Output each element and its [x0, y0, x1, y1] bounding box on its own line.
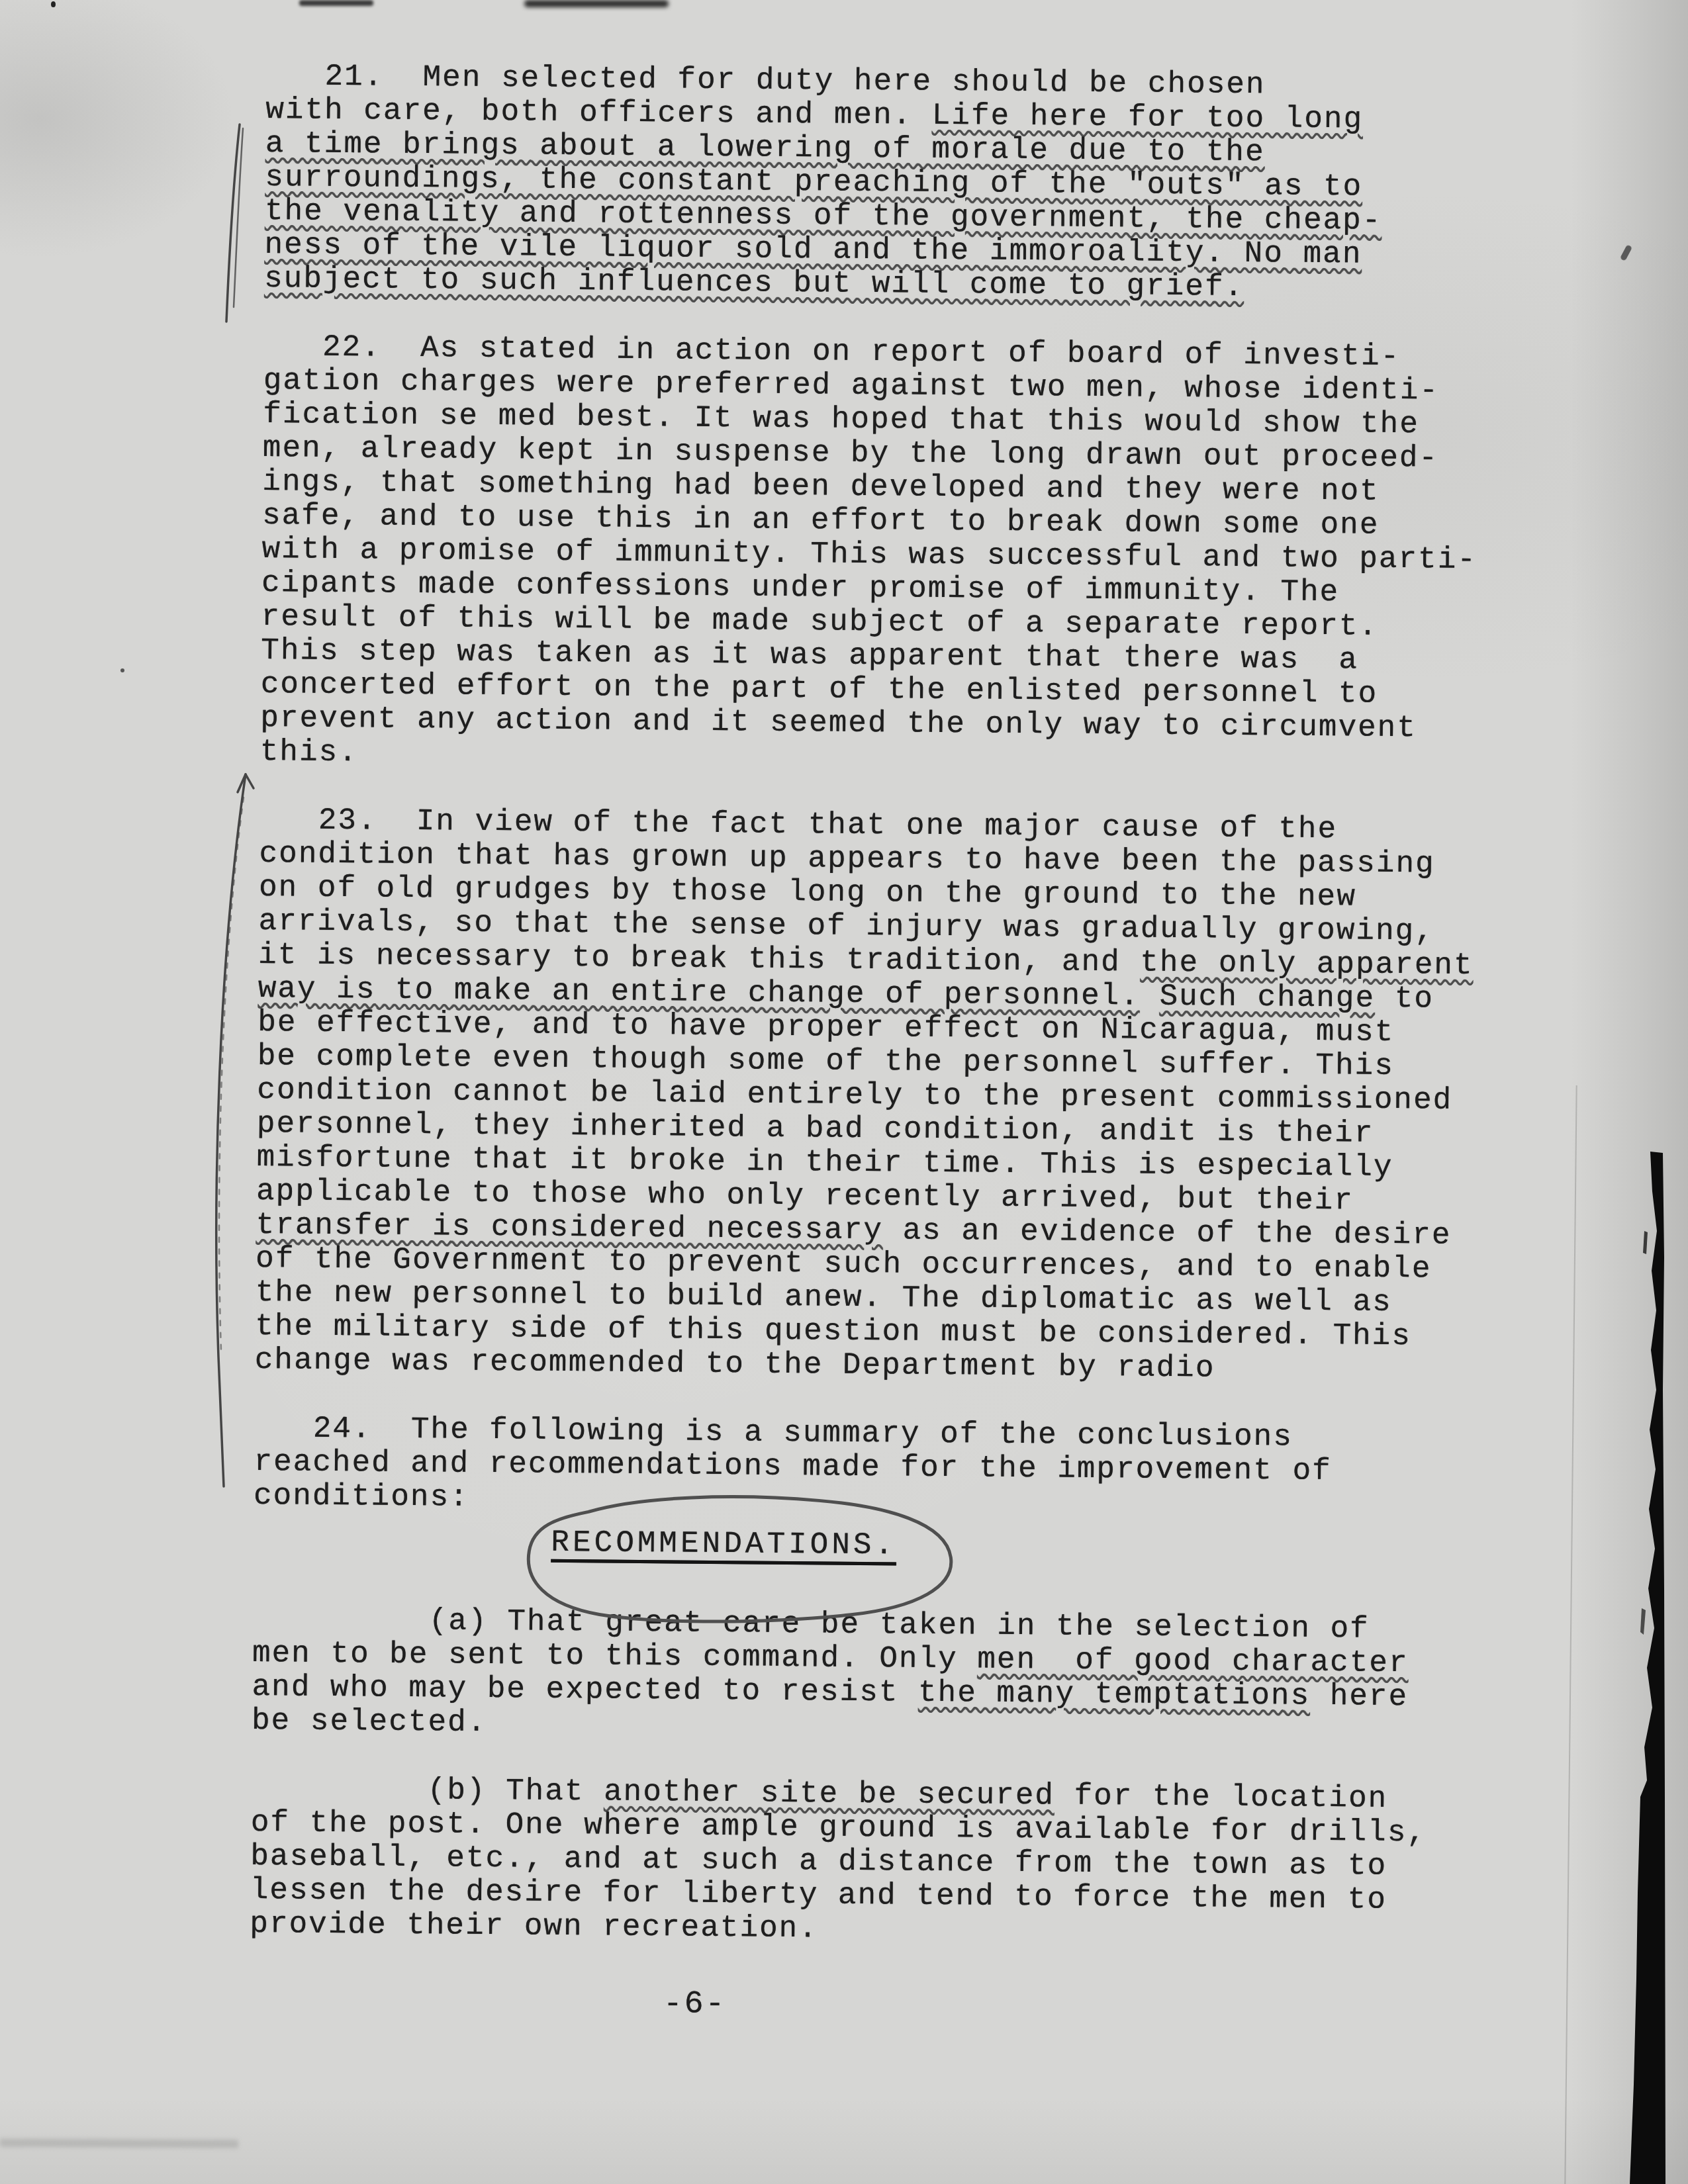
pencil-underlined-text: the many temptations [918, 1676, 1311, 1713]
paragraph: (b) That another site be secured for the… [250, 1772, 1568, 1952]
paragraphs-21-24: 21. Men selected for duty here should be… [254, 60, 1583, 1524]
ink-speck [120, 668, 124, 672]
text-segment: as an evidence of the desire [883, 1213, 1452, 1252]
ink-speck [51, 1, 56, 7]
pencil-underlined-text: another site be secured [604, 1775, 1055, 1813]
recommendation-items: (a) That great care be taken in the sele… [250, 1603, 1570, 1952]
recommendations-heading-wrap: RECOMMENDATIONS. [551, 1521, 896, 1568]
text-segment: for the location [1055, 1778, 1388, 1815]
paragraph: 21. Men selected for duty here should be… [264, 60, 1583, 307]
text-segment: this. [260, 735, 358, 770]
stray-pencil-mark [1620, 244, 1632, 261]
top-edge-smudge [524, 0, 669, 7]
page-number: -6- [663, 1987, 726, 2023]
bottom-edge-smudge [0, 2138, 238, 2148]
recommendations-heading: RECOMMENDATIONS. [551, 1525, 896, 1563]
text-segment: to [1375, 981, 1434, 1017]
pencil-underlined-text: Life here for too long [932, 99, 1364, 137]
pencil-underlined-text: men of good character [977, 1642, 1409, 1680]
pencil-underlined-text: Such change [1159, 979, 1375, 1016]
document-text: 21. Men selected for duty here should be… [250, 60, 1583, 1987]
paragraph: 24. The following is a summary of the co… [254, 1412, 1571, 1524]
text-segment: conditions: [254, 1479, 469, 1515]
paragraph: (a) That great care be taken in the sele… [252, 1603, 1570, 1749]
pencil-underlined-text: transfer is considered necessary [256, 1208, 883, 1248]
top-edge-smudge [299, 0, 373, 6]
text-segment: provide their own recreation. [250, 1907, 818, 1946]
text-segment: here [1310, 1679, 1408, 1714]
paragraph: 22. As stated in action on report of boa… [260, 330, 1581, 780]
text-segment: (b) That [251, 1772, 604, 1809]
scanned-page: 21. Men selected for duty here should be… [0, 0, 1688, 2184]
text-segment [1140, 979, 1160, 1014]
recommendations-heading-row: RECOMMENDATIONS. [253, 1518, 1571, 1573]
paragraph: 23. In view of the fact that one major c… [255, 803, 1577, 1388]
pencil-underlined-text: the only apparent [1140, 946, 1474, 983]
text-segment: be selected. [252, 1704, 487, 1740]
